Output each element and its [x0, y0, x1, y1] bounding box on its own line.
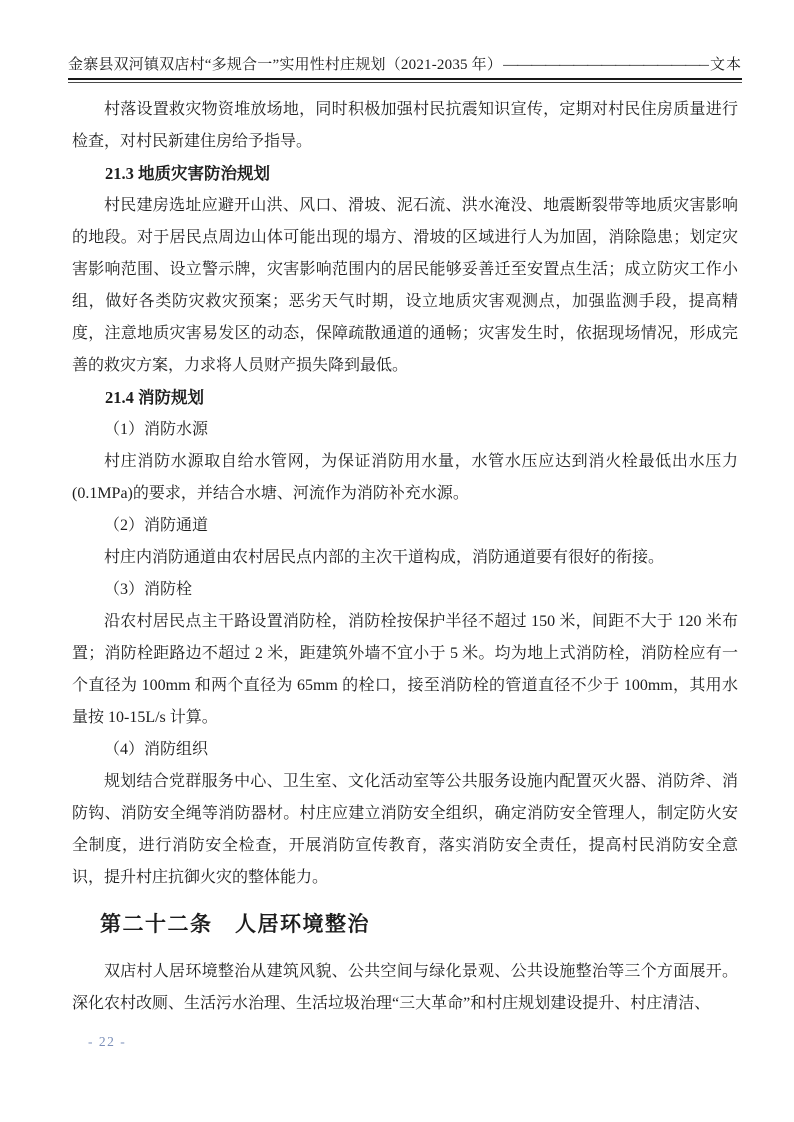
paragraph-disaster-supplies: 村落设置救灾物资堆放场地，同时积极加强村民抗震知识宣传，定期对村民住房质量进行检…	[72, 94, 738, 158]
paragraph-fire-organization: 规划结合党群服务中心、卫生室、文化活动室等公共服务设施内配置灭火器、消防斧、消防…	[72, 766, 738, 894]
header-title: 金寨县双河镇双店村“多规合一”实用性村庄规划（2021-2035 年）	[68, 53, 502, 74]
subheading-fire-hydrant: （3）消防栓	[72, 574, 738, 606]
document-body: 村落设置救灾物资堆放场地，同时积极加强村民抗震知识宣传，定期对村民住房质量进行检…	[72, 94, 738, 1020]
subheading-fire-passage: （2）消防通道	[72, 510, 738, 542]
subheading-fire-organization: （4）消防组织	[72, 734, 738, 766]
heading-article-22-living-environment: 第二十二条 人居环境整治	[100, 907, 738, 942]
paragraph-geological-disaster: 村民建房选址应避开山洪、风口、滑坡、泥石流、洪水淹没、地震断裂带等地质灾害影响的…	[72, 190, 738, 382]
document-page: 金寨县双河镇双店村“多规合一”实用性村庄规划（2021-2035 年） ————…	[0, 0, 794, 1122]
paragraph-fire-hydrant: 沿农村居民点主干路设置消防栓，消防栓按保护半径不超过 150 米，间距不大于 1…	[72, 606, 738, 734]
page-footer: - 22 -	[88, 1034, 126, 1050]
paragraph-environment-improvement: 双店村人居环境整治从建筑风貌、公共空间与绿化景观、公共设施整治等三个方面展开。深…	[72, 956, 738, 1020]
page-header: 金寨县双河镇双店村“多规合一”实用性村庄规划（2021-2035 年） ————…	[68, 53, 742, 80]
subheading-fire-water-source: （1）消防水源	[72, 414, 738, 446]
header-doc-type-label: 文本	[710, 53, 742, 74]
heading-21-3-geological-disaster-plan: 21.3 地质灾害防治规划	[72, 158, 738, 190]
page-number: - 22 -	[88, 1034, 126, 1049]
heading-21-4-fire-protection-plan: 21.4 消防规划	[72, 382, 738, 414]
paragraph-fire-water-source: 村庄消防水源取自给水管网，为保证消防用水量，水管水压应达到消火栓最低出水压力(0…	[72, 446, 738, 510]
header-dash-separator: ——————————————————————————	[503, 57, 709, 74]
paragraph-fire-passage: 村庄内消防通道由农村居民点内部的主次干道构成，消防通道要有很好的衔接。	[72, 542, 738, 574]
